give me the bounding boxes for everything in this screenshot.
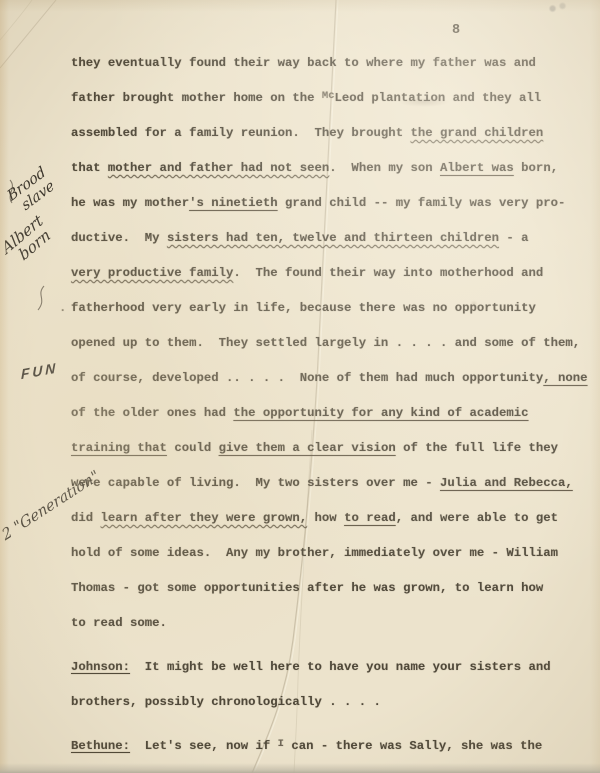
typed-line: Bethune: Let's see, now if I can - there… [71, 729, 588, 764]
text-segment: they eventually found their way back to … [71, 56, 536, 70]
underlined-text: sisters had ten, twelve and thirteen chi… [167, 231, 499, 245]
typed-line: did learn after they were grown, how to … [71, 501, 588, 536]
typed-line: father brought mother home on the McLeod… [71, 81, 588, 116]
typed-line: to read some. [71, 606, 588, 641]
text-segment: brothers, possibly chronologically . . .… [71, 695, 381, 709]
typed-line: training that could give them a clear vi… [71, 431, 588, 466]
scanned-document-page: 8 they eventually found their way back t… [0, 0, 600, 773]
underlined-text: Johnson: [71, 660, 130, 674]
text-segment: . The found their way into motherhood an… [233, 266, 543, 280]
text-segment: grand child -- my family was very pro- [278, 196, 566, 210]
underlined-text: the opportunity for any kind of academic [233, 406, 528, 420]
text-segment: , and were able to get [396, 511, 558, 525]
text-segment: fatherhood very early in life, because t… [71, 301, 536, 315]
text-segment: father brought mother home on the [71, 91, 322, 105]
typed-text-block: they eventually found their way back to … [71, 46, 588, 764]
text-segment: Leod plantation and they all [335, 91, 542, 105]
text-segment: . When my son [329, 161, 440, 175]
text-segment: of course, developed .. . . . None of th… [71, 371, 543, 385]
text-segment: - a [499, 231, 529, 245]
underlined-text: very productive family [71, 266, 233, 280]
underlined-text: , none [543, 371, 587, 385]
typed-line: brothers, possibly chronologically . . .… [71, 685, 588, 720]
typed-line: that mother and father had not seen. Whe… [71, 151, 588, 186]
text-segment: of the full life they [396, 441, 558, 455]
underlined-text: mother and father had not seen [108, 161, 329, 175]
text-segment: born, [514, 161, 558, 175]
underlined-text: to read [344, 511, 396, 525]
text-segment: . [59, 291, 66, 326]
typed-line: of course, developed .. . . . None of th… [71, 361, 588, 396]
underlined-text: 's ninetieth [189, 196, 278, 210]
text-segment: It might be well here to have you name y… [130, 660, 551, 674]
text-segment: to read some. [71, 616, 167, 630]
page-number: 8 [452, 23, 460, 38]
typed-line: were capable of living. My two sisters o… [71, 466, 588, 501]
typed-line: hold of some ideas. Any my brother, imme… [71, 536, 588, 571]
text-segment: of the older ones had [71, 406, 233, 420]
underlined-text: Julia and Rebecca, [440, 476, 573, 490]
underlined-text: Bethune: [71, 739, 130, 753]
text-segment: did [71, 511, 101, 525]
typed-line: Johnson: It might be well here to have y… [71, 650, 588, 685]
underlined-text: give them a clear vision [219, 441, 396, 455]
underlined-text: learn after they were grown, [101, 511, 308, 525]
text-segment: assembled for a family reunion. They bro… [71, 126, 410, 140]
typed-line: they eventually found their way back to … [71, 46, 588, 81]
typed-line: assembled for a family reunion. They bro… [71, 116, 588, 151]
text-segment: he was my mother [71, 196, 189, 210]
text-segment: were capable of living. My two sisters o… [71, 476, 440, 490]
typed-line: ductive. My sisters had ten, twelve and … [71, 221, 588, 256]
underlined-text: the grand children [410, 126, 543, 140]
text-segment: Mc [322, 90, 335, 102]
underlined-text: Albert was [440, 161, 514, 175]
typed-line: opened up to them. They settled largely … [71, 326, 588, 361]
text-segment: how [307, 511, 344, 525]
typed-line: Thomas - got some opportunities after he… [71, 571, 588, 606]
underlined-text: training that [71, 441, 167, 455]
text-segment: Let's see, now if [130, 739, 278, 753]
text-segment: Thomas - got some opportunities after he… [71, 581, 543, 595]
text-segment: could [167, 441, 219, 455]
text-segment: hold of some ideas. Any my brother, imme… [71, 546, 558, 560]
text-segment: opened up to them. They settled largely … [71, 336, 580, 350]
text-segment: I [278, 738, 284, 750]
typed-line: very productive family. The found their … [71, 256, 588, 291]
text-segment: that [71, 161, 108, 175]
text-segment: can - there was Sally, she was the [284, 739, 542, 753]
typed-line: he was my mother's ninetieth grand child… [71, 186, 588, 221]
text-segment: ductive. My [71, 231, 167, 245]
typed-line: of the older ones had the opportunity fo… [71, 396, 588, 431]
typed-line: .fatherhood very early in life, because … [71, 291, 588, 326]
